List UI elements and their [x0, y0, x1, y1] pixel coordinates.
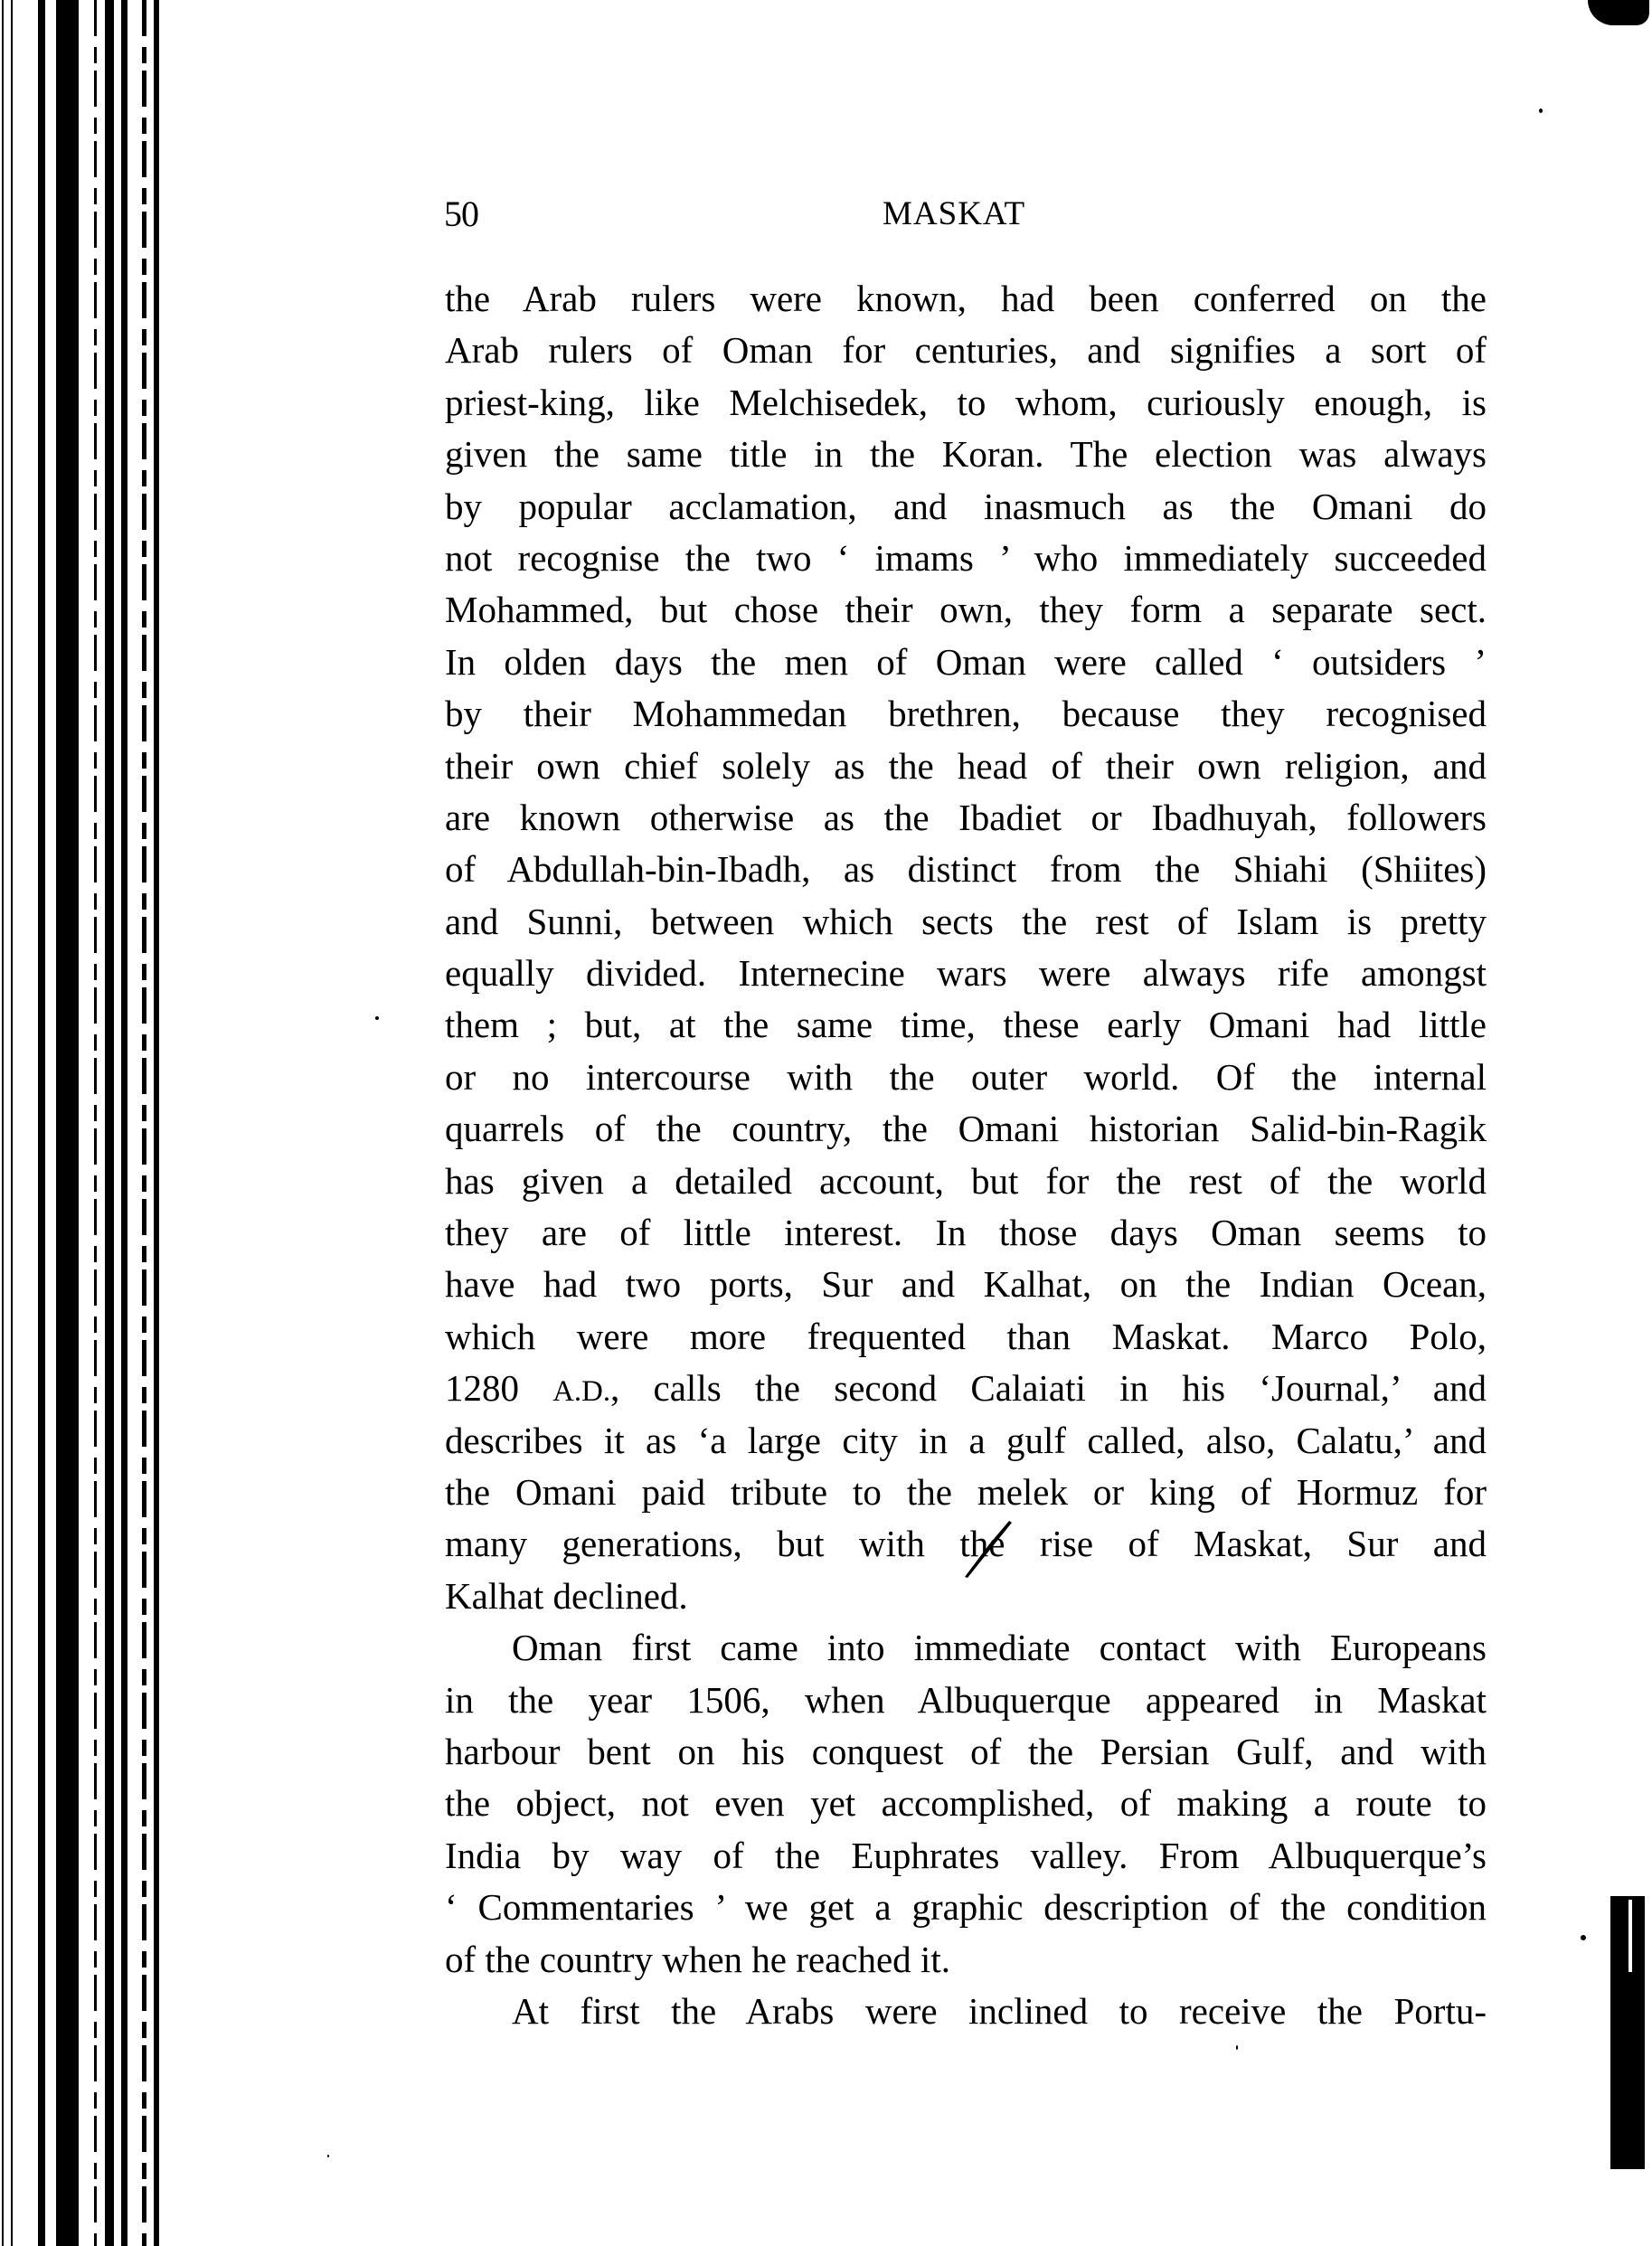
text-fragment: ‘ Commentaries ’ we get a graphic descri…: [445, 1886, 1487, 1928]
text-line: ‘ Commentaries ’ we get a graphic descri…: [445, 1882, 1487, 1933]
text-line: them ; but, at the same time, these earl…: [445, 999, 1487, 1051]
binding-bar: [154, 0, 159, 2246]
text-fragment: their own chief solely as the head of th…: [445, 745, 1487, 787]
text-line: Mohammed, but chose their own, they form…: [445, 584, 1487, 636]
text-fragment: of Abdullah-bin-Ibadh, as distinct from …: [445, 848, 1487, 890]
small-caps-abbrev: A.D.: [552, 1375, 610, 1408]
text-fragment: are known otherwise as the Ibadiet or Ib…: [445, 797, 1487, 838]
text-line: they are of little interest. In those da…: [445, 1207, 1487, 1259]
text-fragment: the Omani paid tribute to the melek or k…: [445, 1471, 1487, 1513]
body-text: the Arab rulers were known, had been con…: [445, 273, 1487, 2037]
text-line: given the same title in the Koran. The e…: [445, 429, 1487, 480]
text-line: their own chief solely as the head of th…: [445, 741, 1487, 792]
text-fragment: Arab rulers of Oman for centuries, and s…: [445, 329, 1487, 371]
top-right-ink-blot: [1588, 0, 1649, 25]
running-head: MASKAT: [883, 193, 1025, 235]
text-fragment: in the year 1506, when Albuquerque appea…: [445, 1679, 1487, 1721]
text-line: not recognise the two ‘ imams ’ who imme…: [445, 533, 1487, 584]
text-line: by their Mohammedan brethren, because th…: [445, 688, 1487, 740]
text-line: the object, not even yet accomplished, o…: [445, 1778, 1487, 1829]
binding-bar: [38, 0, 45, 2246]
text-fragment: or no intercourse with the outer world. …: [445, 1056, 1487, 1098]
text-fragment: which were more frequented than Maskat. …: [445, 1316, 1487, 1357]
text-line: by popular acclamation, and inasmuch as …: [445, 481, 1487, 533]
text-fragment: they are of little interest. In those da…: [445, 1212, 1487, 1253]
text-fragment: Mohammed, but chose their own, they form…: [445, 589, 1487, 630]
text-fragment: them ; but, at the same time, these earl…: [445, 1004, 1487, 1045]
text-fragment: 1280: [445, 1367, 552, 1409]
text-fragment: priest-king, like Melchisedek, to whom, …: [445, 382, 1487, 423]
speck: [375, 1016, 379, 1020]
pen-stroke-mark: [962, 1517, 1016, 1581]
text-line: priest-king, like Melchisedek, to whom, …: [445, 377, 1487, 429]
binding-bar: [94, 0, 97, 2246]
speck: [327, 2155, 329, 2157]
text-line: equally divided. Internecine wars were a…: [445, 948, 1487, 999]
text-fragment: equally divided. Internecine wars were a…: [445, 952, 1487, 994]
speck: [1581, 1935, 1586, 1940]
binding-bar: [105, 0, 114, 2246]
text-line: In olden days the men of Oman were calle…: [445, 637, 1487, 688]
text-line: 1280 A.D., calls the second Calaiati in …: [445, 1363, 1487, 1414]
binding-bar: [11, 0, 13, 2246]
text-line: which were more frequented than Maskat. …: [445, 1311, 1487, 1363]
binding-bar: [56, 0, 79, 2246]
text-line: harbour bent on his conquest of the Pers…: [445, 1726, 1487, 1778]
text-fragment: describes it as ‘a large city in a gulf …: [445, 1420, 1487, 1461]
text-fragment: the object, not even yet accomplished, o…: [445, 1782, 1487, 1824]
text-fragment: quarrels of the country, the Omani histo…: [445, 1108, 1487, 1149]
text-fragment: Kalhat declined.: [445, 1575, 688, 1617]
text-line: and Sunni, between which sects the rest …: [445, 896, 1487, 948]
text-fragment: by popular acclamation, and inasmuch as …: [445, 486, 1487, 527]
text-line: the Omani paid tribute to the melek or k…: [445, 1467, 1487, 1518]
text-fragment: , calls the second Calaiati in his ‘Jour…: [610, 1367, 1487, 1409]
text-line: are known otherwise as the Ibadiet or Ib…: [445, 792, 1487, 844]
text-line: the Arab rulers were known, had been con…: [445, 273, 1487, 325]
text-line: quarrels of the country, the Omani histo…: [445, 1103, 1487, 1155]
text-fragment: by their Mohammedan brethren, because th…: [445, 693, 1487, 734]
text-fragment: and Sunni, between which sects the rest …: [445, 901, 1487, 942]
text-fragment: have had two ports, Sur and Kalhat, on t…: [445, 1263, 1487, 1305]
text-fragment: At first the Arabs were inclined to rece…: [512, 1990, 1487, 2032]
text-fragment: Oman first came into immediate contact w…: [512, 1627, 1487, 1668]
text-fragment: In olden days the men of Oman were calle…: [445, 641, 1487, 683]
right-edge-scan-bar: [1610, 1896, 1645, 2169]
page-number: 50: [444, 193, 478, 235]
page-header: 50 MASKAT: [444, 193, 1487, 235]
binding-bar: [142, 0, 146, 2246]
text-line: have had two ports, Sur and Kalhat, on t…: [445, 1259, 1487, 1310]
text-line: of Abdullah-bin-Ibadh, as distinct from …: [445, 844, 1487, 895]
speck: [1236, 2045, 1238, 2050]
text-line: in the year 1506, when Albuquerque appea…: [445, 1675, 1487, 1726]
text-fragment: India by way of the Euphrates valley. Fr…: [445, 1835, 1487, 1876]
text-fragment: of the country when he reached it.: [445, 1939, 950, 1980]
binding-bar: [2, 0, 4, 2246]
text-fragment: has given a detailed account, but for th…: [445, 1160, 1487, 1202]
left-binding-edge: [0, 0, 163, 2246]
text-fragment: the Arab rulers were known, had been con…: [445, 278, 1487, 319]
text-fragment: given the same title in the Koran. The e…: [445, 433, 1487, 475]
text-fragment: harbour bent on his conquest of the Pers…: [445, 1731, 1487, 1772]
text-line: India by way of the Euphrates valley. Fr…: [445, 1830, 1487, 1882]
text-line: has given a detailed account, but for th…: [445, 1156, 1487, 1207]
text-line: of the country when he reached it.: [445, 1934, 1487, 1986]
text-line: At first the Arabs were inclined to rece…: [445, 1986, 1487, 2037]
text-line: describes it as ‘a large city in a gulf …: [445, 1415, 1487, 1467]
text-line: Oman first came into immediate contact w…: [445, 1622, 1487, 1674]
speck: [1539, 109, 1543, 113]
text-line: Arab rulers of Oman for centuries, and s…: [445, 325, 1487, 376]
text-fragment: not recognise the two ‘ imams ’ who imme…: [445, 537, 1487, 579]
binding-bar: [121, 0, 127, 2246]
text-line: or no intercourse with the outer world. …: [445, 1052, 1487, 1103]
